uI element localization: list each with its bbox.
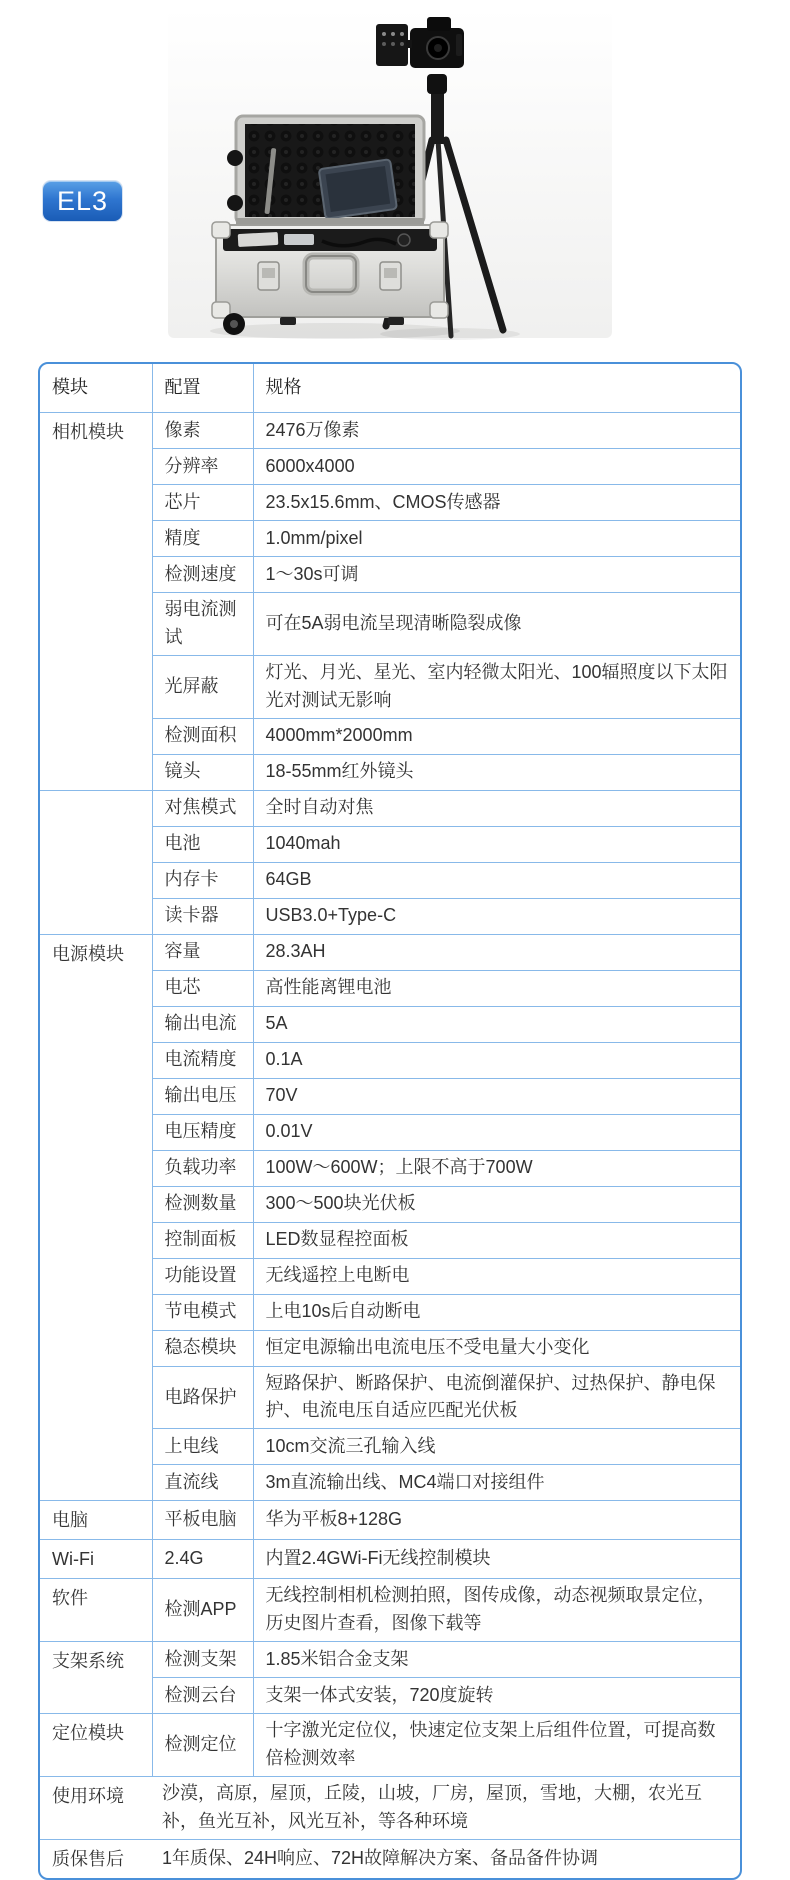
module-cell	[40, 790, 152, 934]
config-cell: 输出电流	[152, 1006, 253, 1042]
spec-cell: 1.0mm/pixel	[253, 521, 740, 557]
spec-cell: 18-55mm红外镜头	[253, 754, 740, 790]
spec-cell: 2476万像素	[253, 413, 740, 449]
spec-cell: 短路保护、断路保护、电流倒灌保护、过热保护、静电保护、电流电压自适应匹配光伏板	[253, 1366, 740, 1429]
config-cell: 检测云台	[152, 1678, 253, 1714]
config-cell: 稳态模块	[152, 1330, 253, 1366]
spec-cell: 0.01V	[253, 1114, 740, 1150]
config-cell: 检测速度	[152, 557, 253, 593]
config-cell: 上电线	[152, 1429, 253, 1465]
config-cell: 电芯	[152, 970, 253, 1006]
config-cell: 检测支架	[152, 1642, 253, 1678]
spec-cell: 1.85米铝合金支架	[253, 1642, 740, 1678]
module-cell: 电脑	[40, 1501, 152, 1540]
config-cell: 检测数量	[152, 1186, 253, 1222]
config-cell: 输出电压	[152, 1078, 253, 1114]
config-cell: 负载功率	[152, 1150, 253, 1186]
spec-cell: 10cm交流三孔输入线	[253, 1429, 740, 1465]
spec-cell: 70V	[253, 1078, 740, 1114]
spec-table: 模块 配置 规格 相机模块像素2476万像素分辨率6000x4000芯片23.5…	[38, 362, 742, 1880]
header-spec: 规格	[253, 364, 740, 413]
table-header-row: 模块 配置 规格	[40, 364, 740, 413]
table-row: 支架系统检测支架1.85米铝合金支架	[40, 1642, 740, 1678]
spec-cell: 1～30s可调	[253, 557, 740, 593]
spec-cell: 5A	[253, 1006, 740, 1042]
config-cell: 功能设置	[152, 1258, 253, 1294]
spec-cell: 恒定电源输出电流电压不受电量大小变化	[253, 1330, 740, 1366]
spec-cell: 无线遥控上电断电	[253, 1258, 740, 1294]
module-cell: Wi-Fi	[40, 1540, 152, 1579]
spec-cell: 28.3AH	[253, 934, 740, 970]
config-cell: 读卡器	[152, 898, 253, 934]
table-row: Wi-Fi2.4G内置2.4GWi-Fi无线控制模块	[40, 1540, 740, 1579]
config-cell: 控制面板	[152, 1222, 253, 1258]
spec-cell: 灯光、月光、星光、室内轻微太阳光、100辐照度以下太阳光对测试无影响	[253, 655, 740, 718]
module-cell: 电源模块	[40, 934, 152, 1501]
config-cell: 检测APP	[152, 1579, 253, 1642]
config-cell: 芯片	[152, 485, 253, 521]
spec-cell: 华为平板8+128G	[253, 1501, 740, 1540]
spec-cell: 沙漠，高原，屋顶，丘陵，山坡，厂房，屋顶，雪地，大棚，农光互补，鱼光互补，风光互…	[152, 1776, 740, 1839]
config-cell: 弱电流测试	[152, 593, 253, 656]
spec-cell: 100W～600W；上限不高于700W	[253, 1150, 740, 1186]
spec-table-body: 相机模块像素2476万像素分辨率6000x4000芯片23.5x15.6mm、C…	[40, 413, 740, 1878]
header-module: 模块	[40, 364, 152, 413]
spec-cell: 23.5x15.6mm、CMOS传感器	[253, 485, 740, 521]
config-cell: 分辨率	[152, 449, 253, 485]
config-cell: 2.4G	[152, 1540, 253, 1579]
spec-cell: 6000x4000	[253, 449, 740, 485]
tool-plate	[238, 232, 279, 247]
config-cell: 对焦模式	[152, 790, 253, 826]
module-cell: 使用环境	[40, 1776, 152, 1839]
config-cell: 检测面积	[152, 718, 253, 754]
config-cell: 光屏蔽	[152, 655, 253, 718]
equipment-case	[212, 116, 448, 335]
table-row: 定位模块检测定位十字激光定位仪，快速定位支架上后组件位置，可提高数倍检测效率	[40, 1714, 740, 1777]
table-row: 相机模块像素2476万像素	[40, 413, 740, 449]
module-cell: 质保售后	[40, 1839, 152, 1878]
product-photo	[150, 0, 630, 345]
config-cell: 像素	[152, 413, 253, 449]
spec-cell: 无线控制相机检测拍照，图传成像，动态视频取景定位，历史图片查看，图像下载等	[253, 1579, 740, 1642]
spec-cell: 4000mm*2000mm	[253, 718, 740, 754]
spec-cell: 1040mah	[253, 826, 740, 862]
config-cell: 容量	[152, 934, 253, 970]
config-cell: 精度	[152, 521, 253, 557]
spec-cell: 十字激光定位仪，快速定位支架上后组件位置，可提高数倍检测效率	[253, 1714, 740, 1777]
spec-table-grid: 模块 配置 规格 相机模块像素2476万像素分辨率6000x4000芯片23.5…	[40, 364, 740, 1878]
header-config: 配置	[152, 364, 253, 413]
config-cell: 内存卡	[152, 862, 253, 898]
config-cell: 镜头	[152, 754, 253, 790]
config-cell: 检测定位	[152, 1714, 253, 1777]
spec-cell: 上电10s后自动断电	[253, 1294, 740, 1330]
config-cell: 直流线	[152, 1465, 253, 1501]
spec-cell: 高性能离锂电池	[253, 970, 740, 1006]
product-badge: EL3	[43, 181, 122, 221]
table-row: 电脑平板电脑华为平板8+128G	[40, 1501, 740, 1540]
spec-cell: LED数显程控面板	[253, 1222, 740, 1258]
table-row: 软件检测APP无线控制相机检测拍照，图传成像，动态视频取景定位，历史图片查看，图…	[40, 1579, 740, 1642]
config-cell: 电路保护	[152, 1366, 253, 1429]
table-row: 质保售后1年质保、24H响应、72H故障解决方案、备品备件协调	[40, 1839, 740, 1878]
product-photo-illustration	[150, 0, 630, 345]
table-row: 对焦模式全时自动对焦	[40, 790, 740, 826]
config-cell: 电压精度	[152, 1114, 253, 1150]
spec-cell: USB3.0+Type-C	[253, 898, 740, 934]
spec-cell: 1年质保、24H响应、72H故障解决方案、备品备件协调	[152, 1839, 740, 1878]
spec-cell: 内置2.4GWi-Fi无线控制模块	[253, 1540, 740, 1579]
spec-cell: 0.1A	[253, 1042, 740, 1078]
config-cell: 电流精度	[152, 1042, 253, 1078]
config-cell: 平板电脑	[152, 1501, 253, 1540]
spec-cell: 可在5A弱电流呈现清晰隐裂成像	[253, 593, 740, 656]
spec-cell: 支架一体式安装，720度旋转	[253, 1678, 740, 1714]
config-cell: 电池	[152, 826, 253, 862]
meter-dial	[398, 234, 410, 246]
config-cell: 节电模式	[152, 1294, 253, 1330]
spec-cell: 全时自动对焦	[253, 790, 740, 826]
module-cell: 软件	[40, 1579, 152, 1642]
module-cell: 支架系统	[40, 1642, 152, 1714]
spec-cell: 300～500块光伏板	[253, 1186, 740, 1222]
spec-cell: 3m直流输出线、MC4端口对接组件	[253, 1465, 740, 1501]
module-cell: 定位模块	[40, 1714, 152, 1777]
table-row: 电源模块容量28.3AH	[40, 934, 740, 970]
module-cell: 相机模块	[40, 413, 152, 791]
spec-cell: 64GB	[253, 862, 740, 898]
table-row: 使用环境沙漠，高原，屋顶，丘陵，山坡，厂房，屋顶，雪地，大棚，农光互补，鱼光互补…	[40, 1776, 740, 1839]
